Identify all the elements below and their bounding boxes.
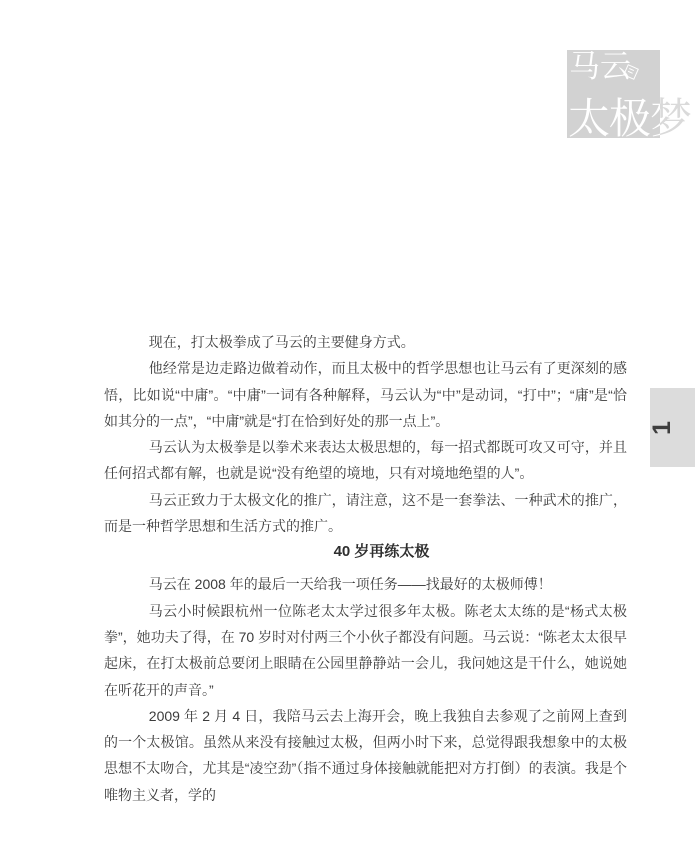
- article: 现在，打太极拳成了马云的主要健身方式。 他经常是边走路边做着动作，而且太极中的哲…: [104, 329, 627, 808]
- paragraph: 现在，打太极拳成了马云的主要健身方式。: [104, 329, 627, 355]
- brand-subtitle: 太极梦: [568, 98, 660, 138]
- book-page: 太极梦 马云 太极梦 1 现在，打太极拳成了马云的主要健身方式。 他经常是边走路…: [0, 0, 700, 848]
- paragraph: 马云在 2008 年的最后一天给我一项任务——找最好的太极师傅！: [104, 571, 627, 597]
- paragraph: 马云小时候跟杭州一位陈老太太学过很多年太极。陈老太太练的是“杨式太极拳”，她功夫…: [104, 598, 627, 703]
- page-number: 1: [649, 416, 675, 440]
- brand-logo: 太极梦 马云 太极梦: [567, 50, 700, 150]
- brand-title: 马云: [569, 51, 631, 82]
- paragraph: 他经常是边走路边做着动作，而且太极中的哲学思想也让马云有了更深刻的感悟，比如说“…: [104, 355, 627, 434]
- brand-block: 马云 太极梦: [567, 50, 660, 138]
- page-number-tab: 1: [650, 388, 695, 467]
- paragraph: 马云正致力于太极文化的推广，请注意，这不是一套拳法、一种武术的推广，而是一种哲学…: [104, 487, 627, 540]
- paragraph: 2009 年 2 月 4 日，我陪马云去上海开会，晚上我独自去参观了之前网上查到…: [104, 703, 627, 808]
- section-heading: 40 岁再练太极: [104, 539, 627, 565]
- paragraph: 马云认为太极拳是以拳术来表达太极思想的，每一招式都既可攻又可守，并且任何招式都有…: [104, 434, 627, 487]
